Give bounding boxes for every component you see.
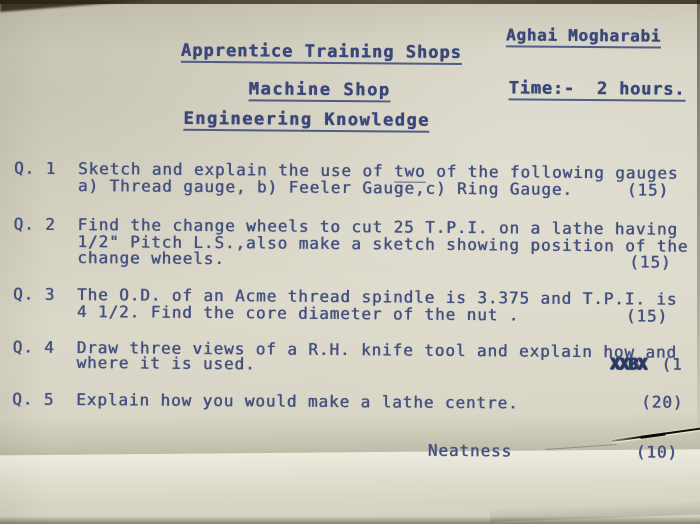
- paper-sheet: Apprentice Training Shops Aghai Mogharab…: [0, 0, 700, 524]
- q5-line-1: Explain how you would make a lathe centr…: [76, 392, 519, 411]
- time-allowed: Time:- 2 hours.: [509, 80, 686, 101]
- q4-line-2: where it is used.: [76, 355, 255, 372]
- photo-corner-top-left: [0, 0, 150, 12]
- section-title: Machine Shop: [249, 81, 391, 102]
- subject-title: Engineering Knowledge: [183, 111, 430, 133]
- q1-marks: (15): [627, 182, 669, 198]
- document-title: Apprentice Training Shops: [181, 43, 462, 65]
- candidate-name: Aghai Mogharabi: [506, 27, 661, 48]
- neatness-marks: (10): [636, 444, 678, 460]
- q3-line-2: 4 1/2. Find the core diameter of the nut…: [77, 304, 520, 323]
- neatness-label: Neatness: [428, 443, 512, 460]
- q4-marks-partial: (1: [661, 357, 682, 373]
- q1-line-2: a) Thread gauge, b) Feeler Gauge,c) Ring…: [78, 178, 573, 198]
- q5-number: Q. 5: [12, 391, 54, 407]
- q4-struck-marks: XXBX: [610, 356, 647, 372]
- q3-number: Q. 3: [13, 286, 55, 302]
- q4-number: Q. 4: [13, 339, 55, 355]
- q5-marks: (20): [641, 394, 683, 410]
- q1-number: Q. 1: [14, 160, 56, 176]
- q3-marks: (15): [626, 308, 668, 324]
- q2-number: Q. 2: [14, 216, 56, 232]
- q2-marks: (15): [629, 254, 671, 270]
- q2-line-3: change wheels.: [77, 250, 225, 267]
- photo-edge-bottom: [0, 516, 700, 524]
